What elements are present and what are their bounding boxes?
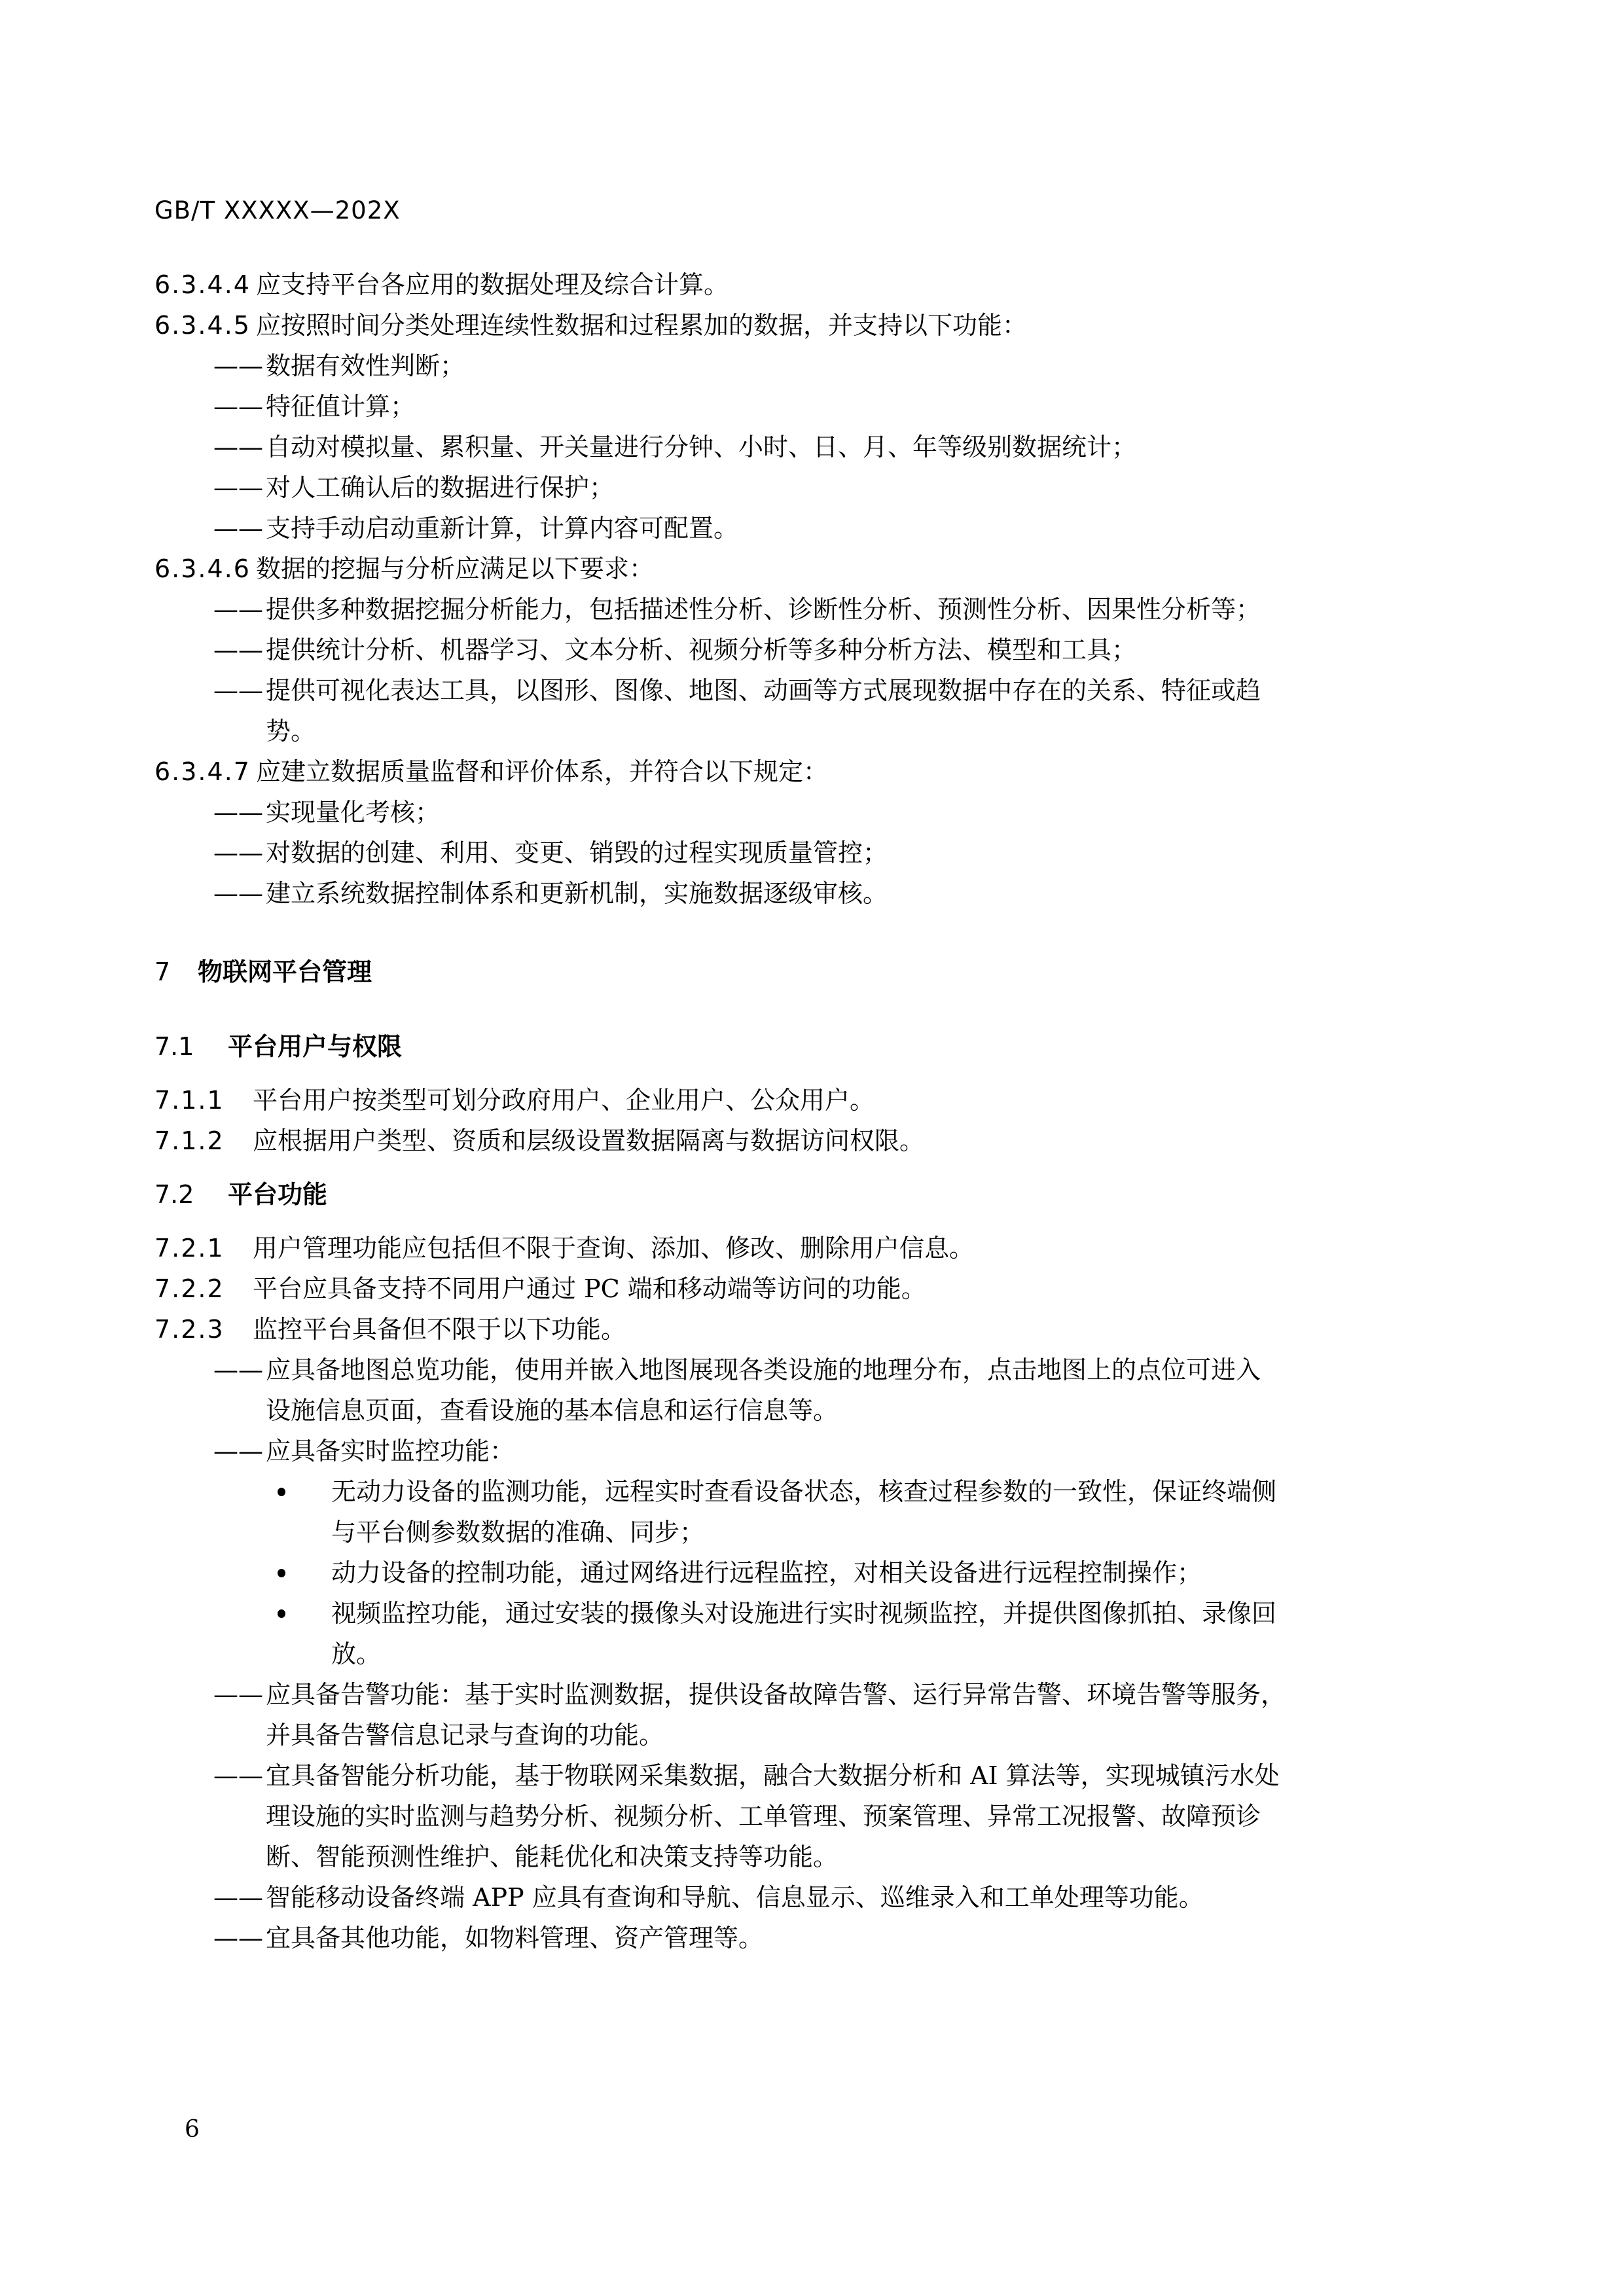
clause-text: 应按照时间分类处理连续性数据和过程累加的数据，并支持以下功能：: [256, 311, 1027, 340]
list-item-text: 支持手动启动重新计算，计算内容可配置。: [266, 514, 738, 543]
bullet-continuation: 放。: [154, 1634, 1470, 1674]
list-item-text: 建立系统数据控制体系和更新机制，实施数据逐级审核。: [266, 879, 888, 908]
list-item-text: 特征值计算；: [266, 392, 415, 421]
clause-7-1-2: 7.1.2应根据用户类型、资质和层级设置数据隔离与数据访问权限。: [154, 1121, 1470, 1161]
clause-text: 平台应具备支持不同用户通过 PC 端和移动端等访问的功能。: [253, 1274, 926, 1303]
clause-6-3-4-4: 6.3.4.4应支持平台各应用的数据处理及综合计算。: [154, 264, 1470, 305]
list-item-continuation: 势。: [154, 711, 1470, 751]
section-heading-7-2: 7.2平台功能: [154, 1174, 1470, 1215]
dash-marker: ——: [213, 1877, 266, 1918]
bullet-text: 视频监控功能，通过安装的摄像头对设施进行实时视频监控，并提供图像抓拍、录像回: [276, 1599, 1276, 1628]
clause-7-2-1: 7.2.1用户管理功能应包括但不限于查询、添加、修改、删除用户信息。: [154, 1228, 1470, 1268]
list-item: ——对人工确认后的数据进行保护；: [154, 467, 1470, 508]
clause-text: 用户管理功能应包括但不限于查询、添加、修改、删除用户信息。: [253, 1234, 974, 1263]
dash-marker: ——: [213, 589, 266, 630]
list-item: ——数据有效性判断；: [154, 346, 1470, 386]
section-number: 7: [154, 952, 198, 992]
list-item: ——支持手动启动重新计算，计算内容可配置。: [154, 508, 1470, 548]
bullet-item: 视频监控功能，通过安装的摄像头对设施进行实时视频监控，并提供图像抓拍、录像回: [154, 1593, 1470, 1634]
clause-6-3-4-6: 6.3.4.6数据的挖掘与分析应满足以下要求：: [154, 548, 1470, 589]
bullet-continuation: 与平台侧参数数据的准确、同步；: [154, 1512, 1470, 1552]
list-item-text: 数据有效性判断；: [266, 351, 465, 380]
bullet-item: 无动力设备的监测功能，远程实时查看设备状态，核查过程参数的一致性，保证终端侧: [154, 1471, 1470, 1512]
section-title: 平台功能: [228, 1180, 327, 1209]
dash-marker: ——: [213, 386, 266, 427]
list-item: ——特征值计算；: [154, 386, 1470, 427]
list-item-text: 对数据的创建、利用、变更、销毁的过程实现质量管控；: [266, 838, 888, 867]
list-item-continuation: 理设施的实时监测与趋势分析、视频分析、工单管理、预案管理、异常工况报警、故障预诊: [154, 1796, 1470, 1837]
section-title: 平台用户与权限: [228, 1032, 402, 1061]
clause-6-3-4-5: 6.3.4.5应按照时间分类处理连续性数据和过程累加的数据，并支持以下功能：: [154, 305, 1470, 346]
list-item-text: 宜具备智能分析功能，基于物联网采集数据，融合大数据分析和 AI 算法等，实现城镇…: [266, 1761, 1280, 1790]
dash-marker: ——: [213, 1431, 266, 1471]
dash-marker: ——: [213, 792, 266, 833]
clause-number: 6.3.4.7: [154, 751, 256, 792]
clause-number: 7.2.3: [154, 1309, 253, 1350]
clause-text: 应支持平台各应用的数据处理及综合计算。: [256, 270, 729, 299]
list-item-text: 提供统计分析、机器学习、文本分析、视频分析等多种分析方法、模型和工具；: [266, 636, 1136, 664]
clause-text: 数据的挖掘与分析应满足以下要求：: [256, 554, 654, 583]
list-item-other-functions: ——宜具备其他功能，如物料管理、资产管理等。: [154, 1918, 1470, 1958]
clause-number: 7.2.1: [154, 1228, 253, 1268]
dash-marker: ——: [213, 1674, 266, 1715]
list-item: ——提供多种数据挖掘分析能力，包括描述性分析、诊断性分析、预测性分析、因果性分析…: [154, 589, 1470, 630]
section-number: 7.2: [154, 1174, 228, 1215]
bullet-text: 动力设备的控制功能，通过网络进行远程监控，对相关设备进行远程控制操作；: [276, 1558, 1202, 1587]
document-page: GB/T XXXXX—202X 6.3.4.4应支持平台各应用的数据处理及综合计…: [0, 0, 1624, 2296]
dash-marker: ——: [213, 427, 266, 467]
bullet-item: 动力设备的控制功能，通过网络进行远程监控，对相关设备进行远程控制操作；: [154, 1552, 1470, 1593]
section-heading-7: 7物联网平台管理: [154, 952, 1470, 992]
clause-number: 6.3.4.6: [154, 548, 256, 589]
list-item-text: 宜具备其他功能，如物料管理、资产管理等。: [266, 1924, 763, 1952]
clause-number: 6.3.4.5: [154, 305, 256, 346]
dash-marker: ——: [213, 467, 266, 508]
list-item: ——实现量化考核；: [154, 792, 1470, 833]
dash-marker: ——: [213, 1918, 266, 1958]
list-item-text: 智能移动设备终端 APP 应具有查询和导航、信息显示、巡维录入和工单处理等功能。: [266, 1883, 1204, 1912]
clause-7-1-1: 7.1.1平台用户按类型可划分政府用户、企业用户、公众用户。: [154, 1080, 1470, 1121]
dash-marker: ——: [213, 1350, 266, 1390]
list-item-text: 对人工确认后的数据进行保护；: [266, 473, 614, 502]
list-item: ——自动对模拟量、累积量、开关量进行分钟、小时、日、月、年等级别数据统计；: [154, 427, 1470, 467]
list-item-text: 实现量化考核；: [266, 798, 440, 827]
list-item-smart-analysis: ——宜具备智能分析功能，基于物联网采集数据，融合大数据分析和 AI 算法等，实现…: [154, 1755, 1470, 1796]
clause-number: 7.1.2: [154, 1121, 253, 1161]
dash-marker: ——: [213, 630, 266, 670]
list-item-text: 提供多种数据挖掘分析能力，包括描述性分析、诊断性分析、预测性分析、因果性分析等；: [266, 595, 1261, 624]
clause-6-3-4-7: 6.3.4.7应建立数据质量监督和评价体系，并符合以下规定：: [154, 751, 1470, 792]
page-number: 6: [185, 2116, 200, 2143]
document-header-id: GB/T XXXXX—202X: [154, 196, 401, 224]
dash-marker: ——: [213, 346, 266, 386]
clause-7-2-2: 7.2.2平台应具备支持不同用户通过 PC 端和移动端等访问的功能。: [154, 1268, 1470, 1309]
clause-text: 监控平台具备但不限于以下功能。: [253, 1315, 626, 1344]
list-item-text: 应具备地图总览功能，使用并嵌入地图展现各类设施的地理分布，点击地图上的点位可进入: [266, 1355, 1261, 1384]
dash-marker: ——: [213, 833, 266, 873]
section-heading-7-1: 7.1平台用户与权限: [154, 1026, 1470, 1067]
list-item-alarm: ——应具备告警功能：基于实时监测数据，提供设备故障告警、运行异常告警、环境告警等…: [154, 1674, 1470, 1715]
dash-marker: ——: [213, 670, 266, 711]
clause-text: 应建立数据质量监督和评价体系，并符合以下规定：: [256, 757, 828, 786]
list-item-text: 自动对模拟量、累积量、开关量进行分钟、小时、日、月、年等级别数据统计；: [266, 433, 1136, 461]
dash-marker: ——: [213, 1755, 266, 1796]
bullet-icon: [278, 1569, 285, 1577]
section-title: 物联网平台管理: [198, 958, 372, 986]
bullet-icon: [278, 1488, 285, 1496]
list-item-text: 提供可视化表达工具，以图形、图像、地图、动画等方式展现数据中存在的关系、特征或趋: [266, 676, 1261, 705]
list-item-text: 应具备实时监控功能：: [266, 1437, 514, 1465]
clause-7-2-3: 7.2.3监控平台具备但不限于以下功能。: [154, 1309, 1470, 1350]
clause-text: 应根据用户类型、资质和层级设置数据隔离与数据访问权限。: [253, 1126, 924, 1155]
list-item-continuation: 断、智能预测性维护、能耗优化和决策支持等功能。: [154, 1837, 1470, 1877]
clause-number: 7.2.2: [154, 1268, 253, 1309]
clause-number: 7.1.1: [154, 1080, 253, 1121]
list-item: ——建立系统数据控制体系和更新机制，实施数据逐级审核。: [154, 873, 1470, 914]
document-body: 6.3.4.4应支持平台各应用的数据处理及综合计算。 6.3.4.5应按照时间分…: [154, 264, 1470, 1958]
dash-marker: ——: [213, 873, 266, 914]
list-item: ——提供可视化表达工具，以图形、图像、地图、动画等方式展现数据中存在的关系、特征…: [154, 670, 1470, 711]
clause-number: 6.3.4.4: [154, 264, 256, 305]
list-item-continuation: 设施信息页面，查看设施的基本信息和运行信息等。: [154, 1390, 1470, 1431]
bullet-icon: [278, 1609, 285, 1618]
clause-text: 平台用户按类型可划分政府用户、企业用户、公众用户。: [253, 1086, 875, 1115]
list-item-map-overview: ——应具备地图总览功能，使用并嵌入地图展现各类设施的地理分布，点击地图上的点位可…: [154, 1350, 1470, 1390]
list-item-mobile-app: ——智能移动设备终端 APP 应具有查询和导航、信息显示、巡维录入和工单处理等功…: [154, 1877, 1470, 1918]
bullet-text: 无动力设备的监测功能，远程实时查看设备状态，核查过程参数的一致性，保证终端侧: [276, 1477, 1276, 1506]
dash-marker: ——: [213, 508, 266, 548]
section-number: 7.1: [154, 1026, 228, 1067]
list-item-realtime-monitoring: ——应具备实时监控功能：: [154, 1431, 1470, 1471]
list-item: ——对数据的创建、利用、变更、销毁的过程实现质量管控；: [154, 833, 1470, 873]
list-item: ——提供统计分析、机器学习、文本分析、视频分析等多种分析方法、模型和工具；: [154, 630, 1470, 670]
list-item-continuation: 并具备告警信息记录与查询的功能。: [154, 1715, 1470, 1755]
list-item-text: 应具备告警功能：基于实时监测数据，提供设备故障告警、运行异常告警、环境告警等服务…: [266, 1680, 1286, 1709]
